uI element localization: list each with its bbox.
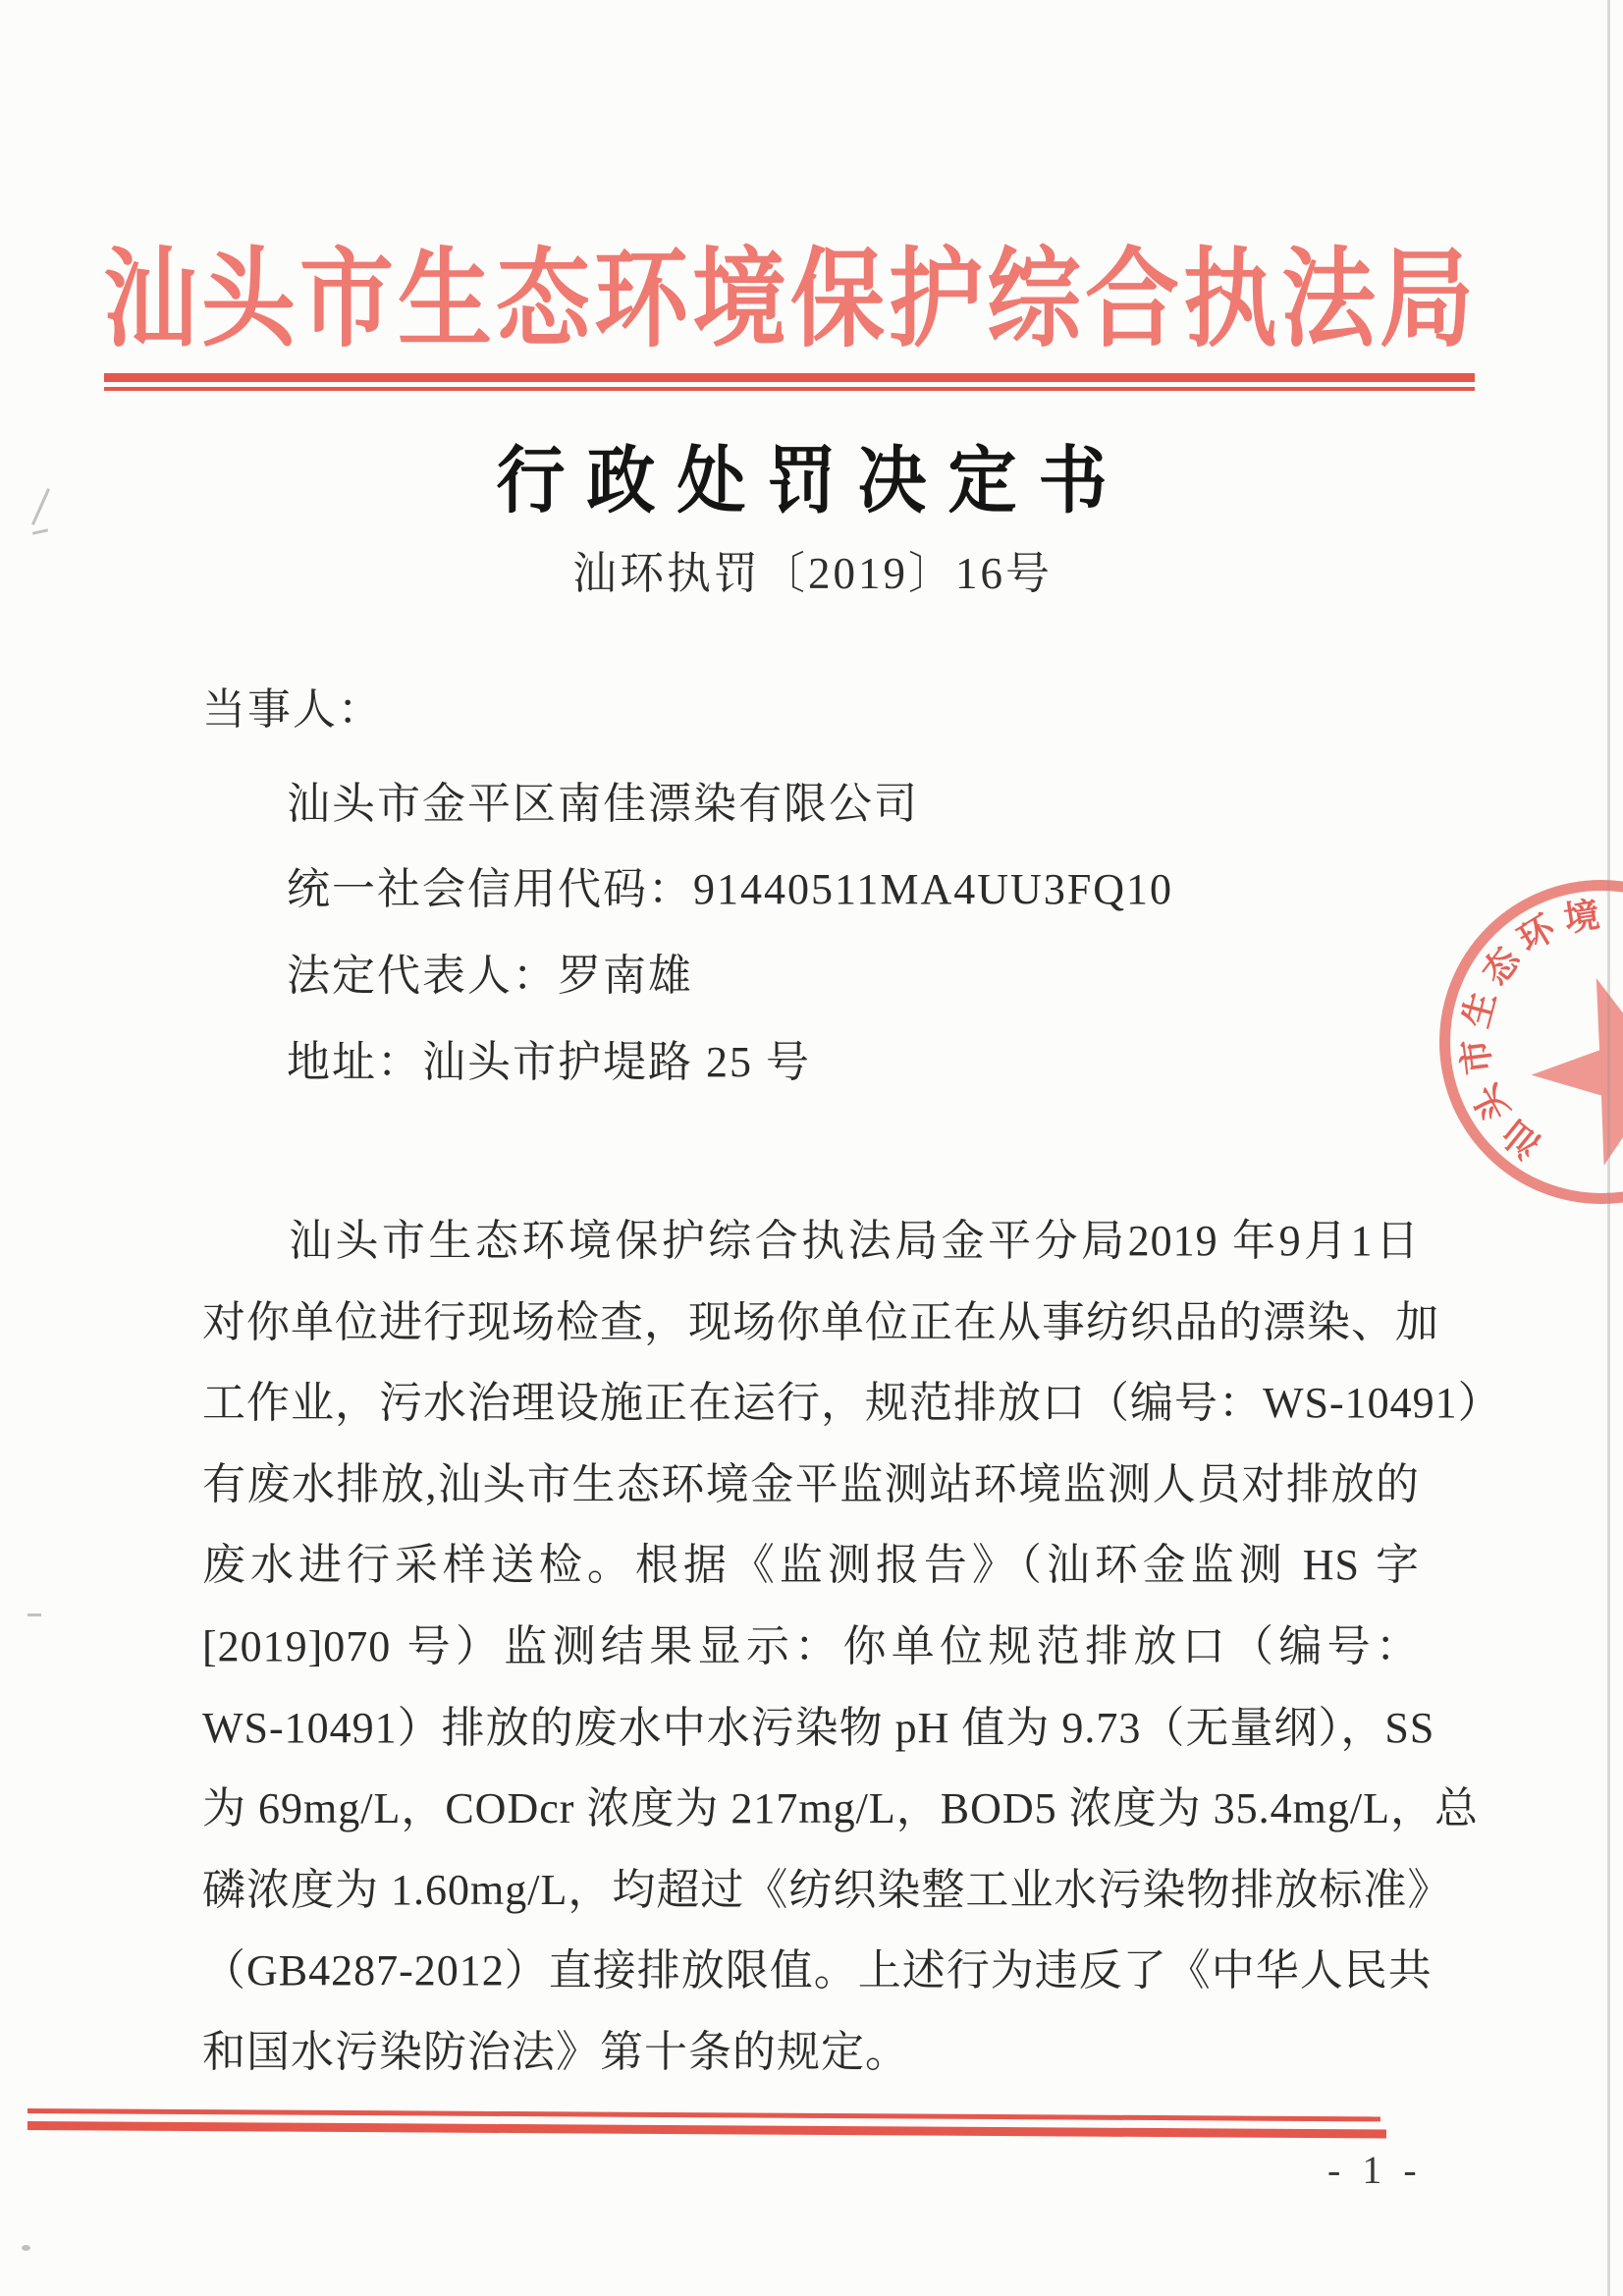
document-page: 汕头市生态环境保护综合执法局 行政处罚决定书 汕环执罚〔2019〕16号 当事人…	[0, 0, 1623, 2296]
official-seal: 汕 头 市 生 态 环 境	[1422, 862, 1623, 1235]
body-line: 对你单位进行现场检查，现场你单位正在从事纺织品的漂染、加	[202, 1283, 1420, 1364]
seal-arc-char: 市	[1457, 1037, 1496, 1076]
party-address: 地址：汕头市护堤路 25 号	[287, 1026, 811, 1089]
body-line: 有废水排放,汕头市生态环境金平监测站环境监测人员对排放的	[202, 1445, 1420, 1526]
scan-mark	[22, 2245, 30, 2251]
body-line: 和国水污染防治法》第十条的规定。	[202, 2012, 1420, 2094]
body-line: 废水进行采样送检。根据《监测报告》（汕环金监测 HS 字	[202, 1525, 1420, 1607]
document-title: 行政处罚决定书	[206, 422, 1419, 527]
party-legal-representative: 法定代表人：罗南雄	[287, 940, 693, 1003]
footer-rule-thick	[27, 2121, 1386, 2138]
scan-mark	[32, 528, 48, 534]
footer-rule-thin	[27, 2108, 1380, 2121]
agency-title: 汕头市生态环境保护综合执法局	[98, 214, 1483, 367]
scan-edge-line	[1607, 0, 1610, 2296]
body-line: [2019]070 号）监测结果显示：你单位规范排放口（编号：	[202, 1607, 1420, 1688]
scan-mark	[31, 488, 50, 525]
seal-arc-char: 境	[1561, 897, 1601, 937]
party-label: 当事人：	[202, 674, 383, 737]
body-line: 工作业，污水治理设施正在运行，规范排放口（编号：WS-10491）	[202, 1363, 1420, 1445]
body-paragraph: 汕头市生态环境保护综合执法局金平分局2019 年9月1日 对你单位进行现场检查，…	[202, 1201, 1420, 2094]
scan-mark	[27, 1613, 41, 1616]
body-line: （GB4287-2012）直接排放限值。上述行为违反了《中华人民共	[202, 1931, 1420, 2012]
body-line: WS-10491）排放的废水中水污染物 pH 值为 9.73（无量纲），SS	[202, 1688, 1420, 1770]
party-company-name: 汕头市金平区南佳漂染有限公司	[287, 768, 919, 831]
page-number: - 1 -	[1327, 2147, 1423, 2193]
document-number: 汕环执罚〔2019〕16号	[206, 537, 1419, 601]
body-line: 汕头市生态环境保护综合执法局金平分局2019 年9月1日	[202, 1201, 1420, 1283]
header-rule-thick	[104, 373, 1475, 382]
body-line: 磷浓度为 1.60mg/L，均超过《纺织染整工业水污染物排放标准》	[202, 1850, 1420, 1932]
body-line: 为 69mg/L，CODcr 浓度为 217mg/L，BOD5 浓度为 35.4…	[202, 1769, 1420, 1850]
header-rule-thin	[104, 387, 1475, 391]
party-credit-code: 统一社会信用代码：91440511MA4UU3FQ10	[287, 853, 1173, 916]
